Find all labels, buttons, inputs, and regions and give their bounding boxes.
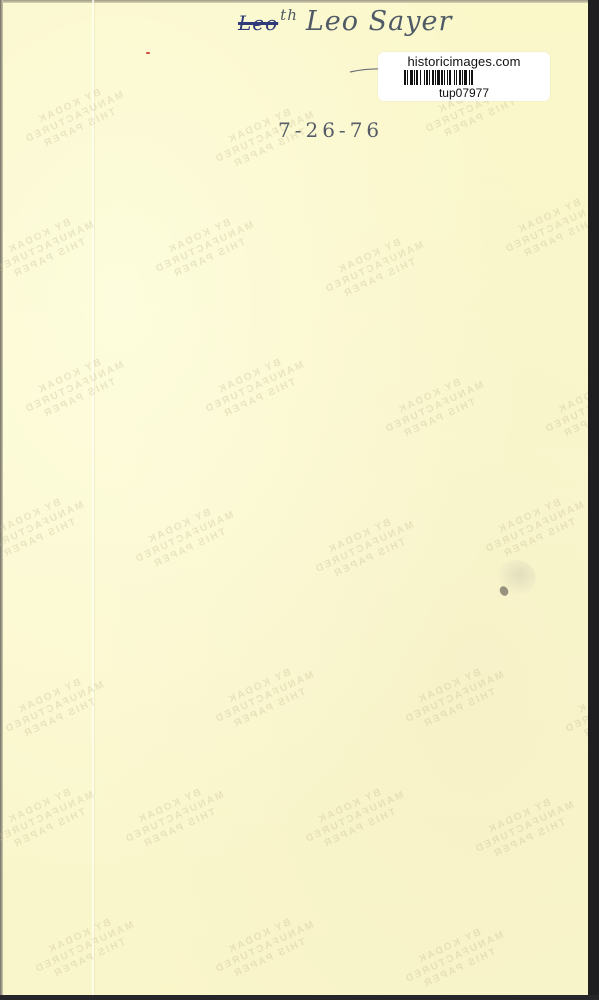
label-site: historicimages.com	[378, 54, 550, 69]
scan-border-right	[588, 0, 599, 1000]
label-id: tup07977	[378, 86, 550, 100]
fold-line	[92, 0, 94, 995]
barcode	[404, 70, 524, 85]
superscript-text: th	[280, 6, 298, 24]
scan-border-bottom	[0, 995, 599, 1000]
top-edge	[0, 0, 589, 3]
archive-label: historicimages.com tup07977	[378, 52, 550, 101]
struck-out-text: Leo	[238, 11, 278, 35]
subject-name: Leo Sayer	[306, 6, 452, 37]
ink-speck	[146, 52, 150, 54]
handwritten-date: 7-26-76	[278, 118, 383, 142]
handwritten-name: LeothLeo Sayer	[238, 6, 452, 37]
